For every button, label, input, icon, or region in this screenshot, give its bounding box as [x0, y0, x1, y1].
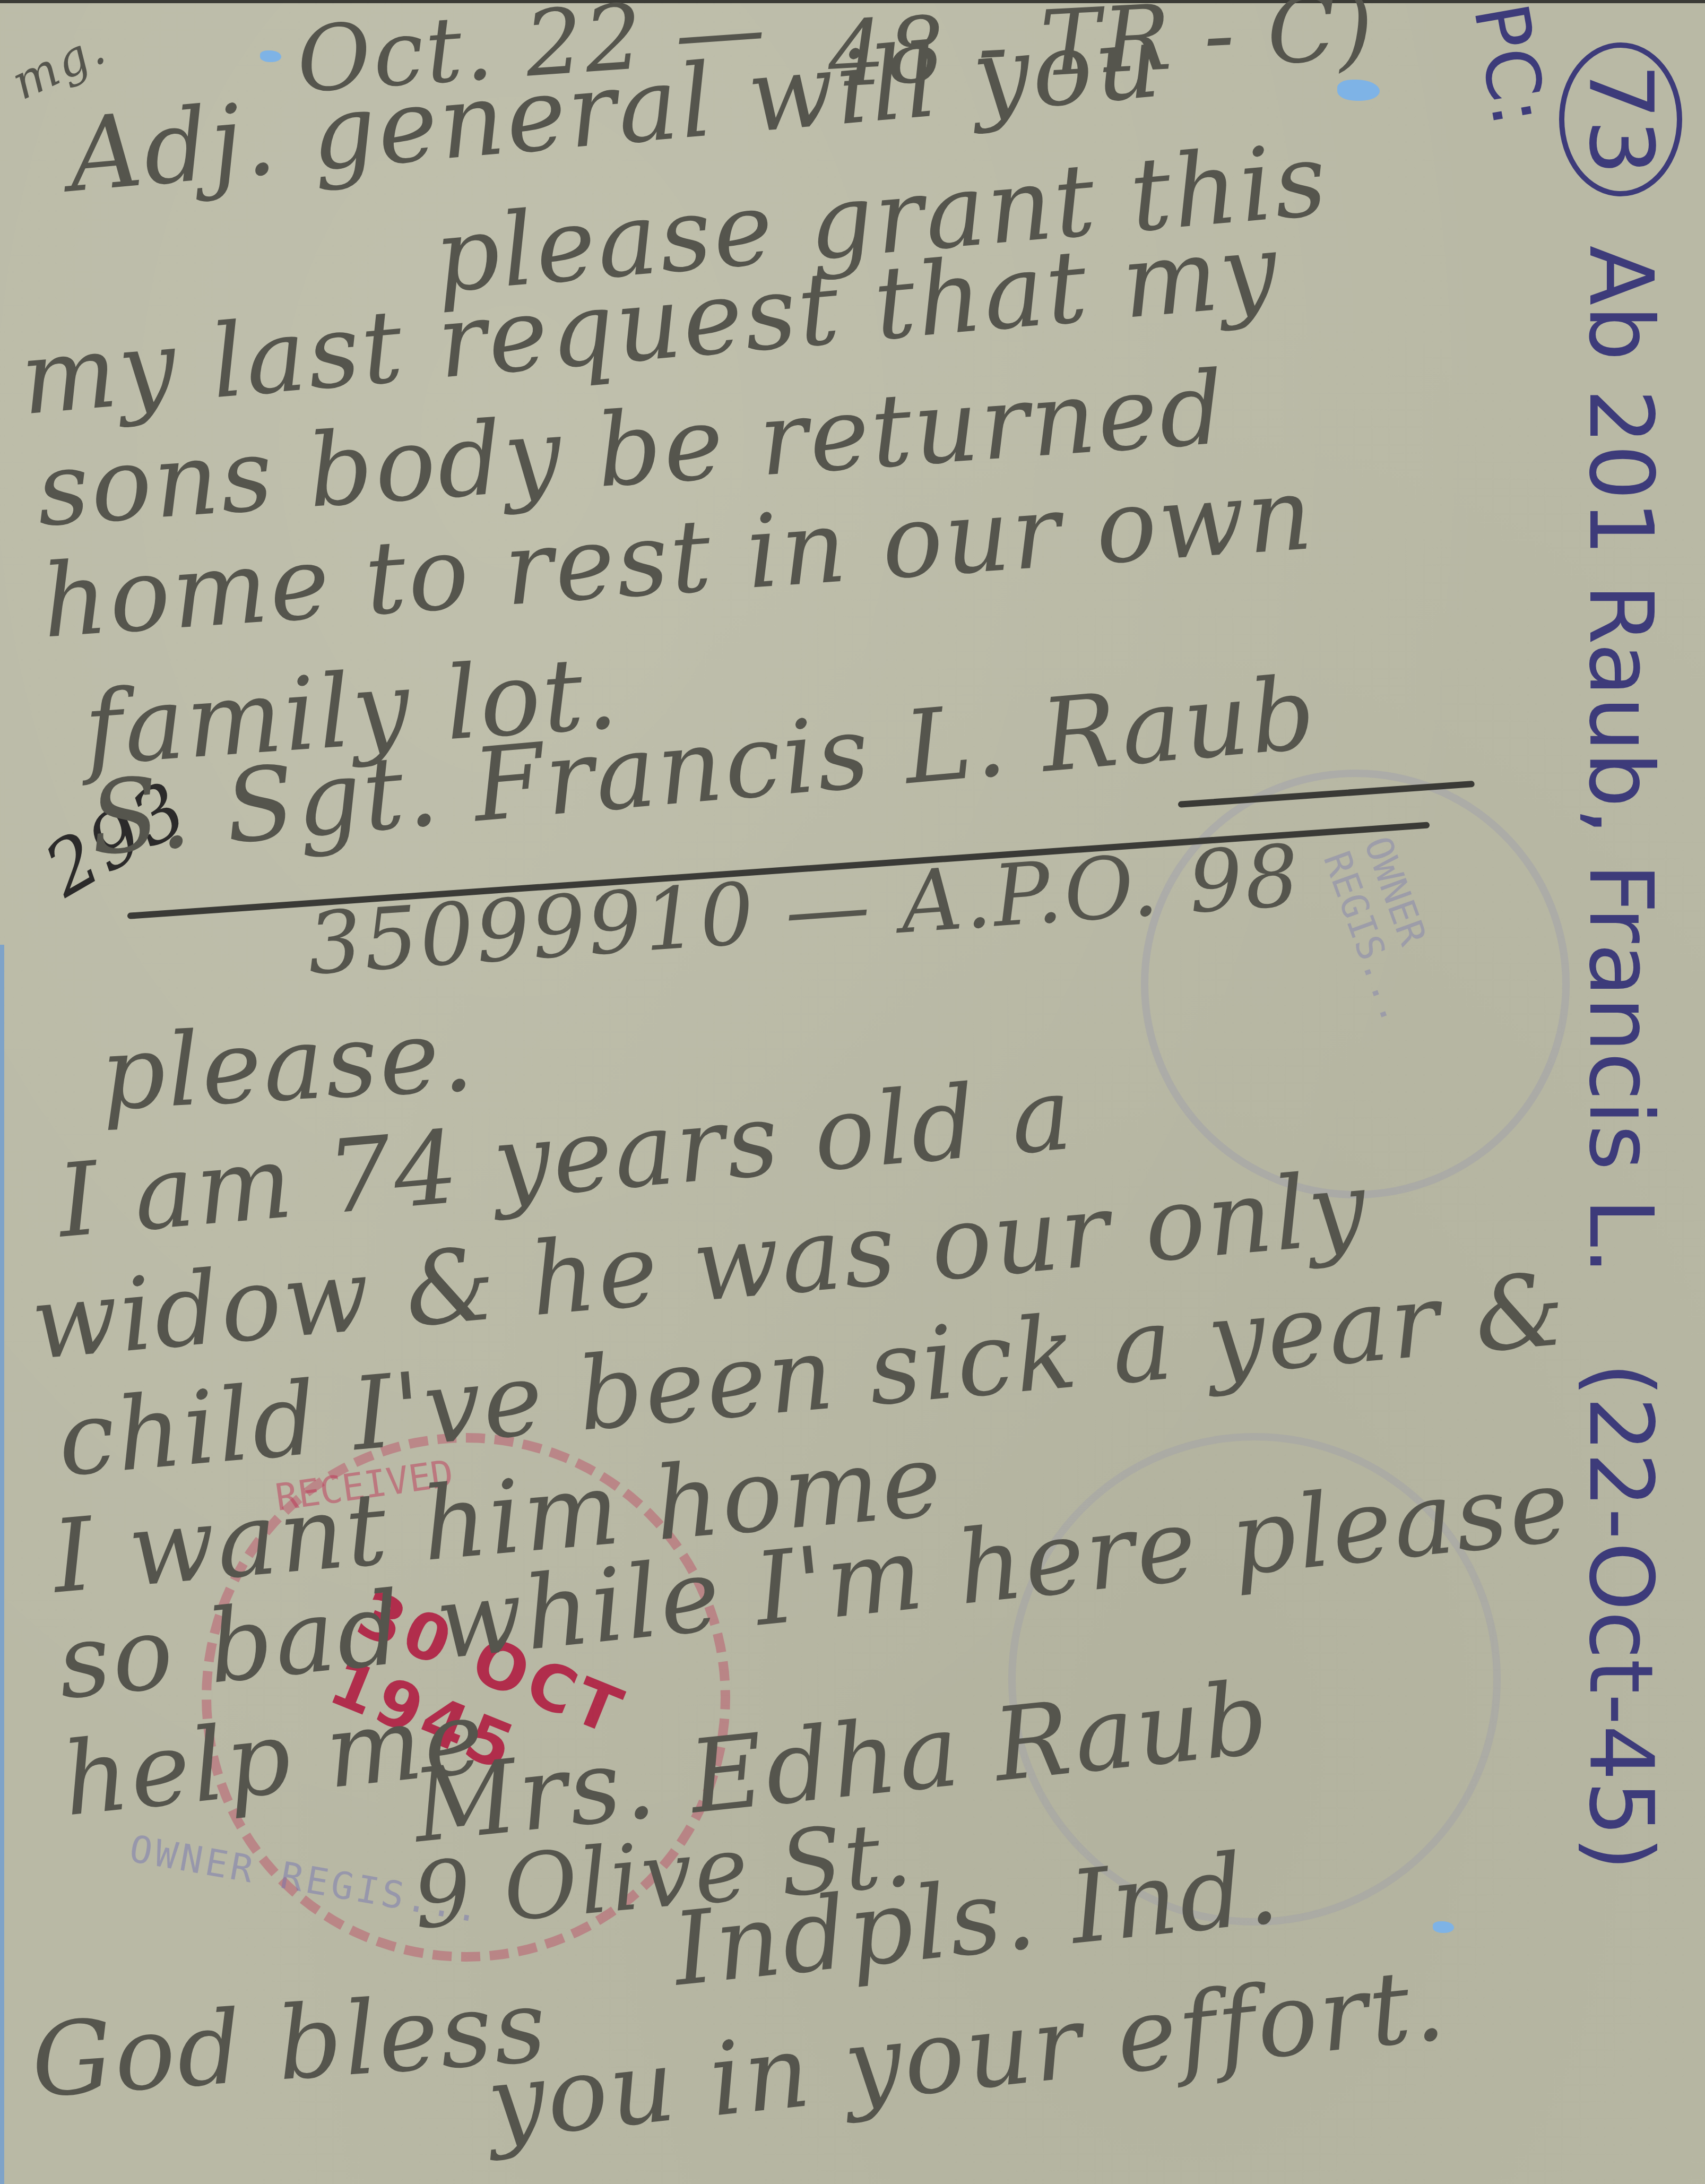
- paper-tear-2: [1337, 80, 1380, 101]
- side-annotation-date: (22-Oct-45): [1570, 1362, 1672, 1871]
- paper-tear-1: [260, 50, 281, 62]
- closing-line-2: you in your effort.: [483, 1954, 1451, 2155]
- paper-left-edge: [0, 945, 4, 2184]
- side-annotation-text: Ab 201 Raub, Francis L.: [1570, 245, 1672, 1275]
- blue-stamp-text: OWNER REGIS...: [1315, 831, 1502, 1150]
- circled-number: 73: [1559, 42, 1682, 196]
- pc-mark: PC:: [1457, 0, 1563, 132]
- letter-line-7: please.: [98, 1005, 478, 1125]
- paper-tear-3: [1433, 1921, 1454, 1933]
- closing-line-1: God bless: [28, 1975, 551, 2112]
- side-annotation: 73 Ab 201 Raub, Francis L. (22-Oct-45): [1559, 42, 1682, 1871]
